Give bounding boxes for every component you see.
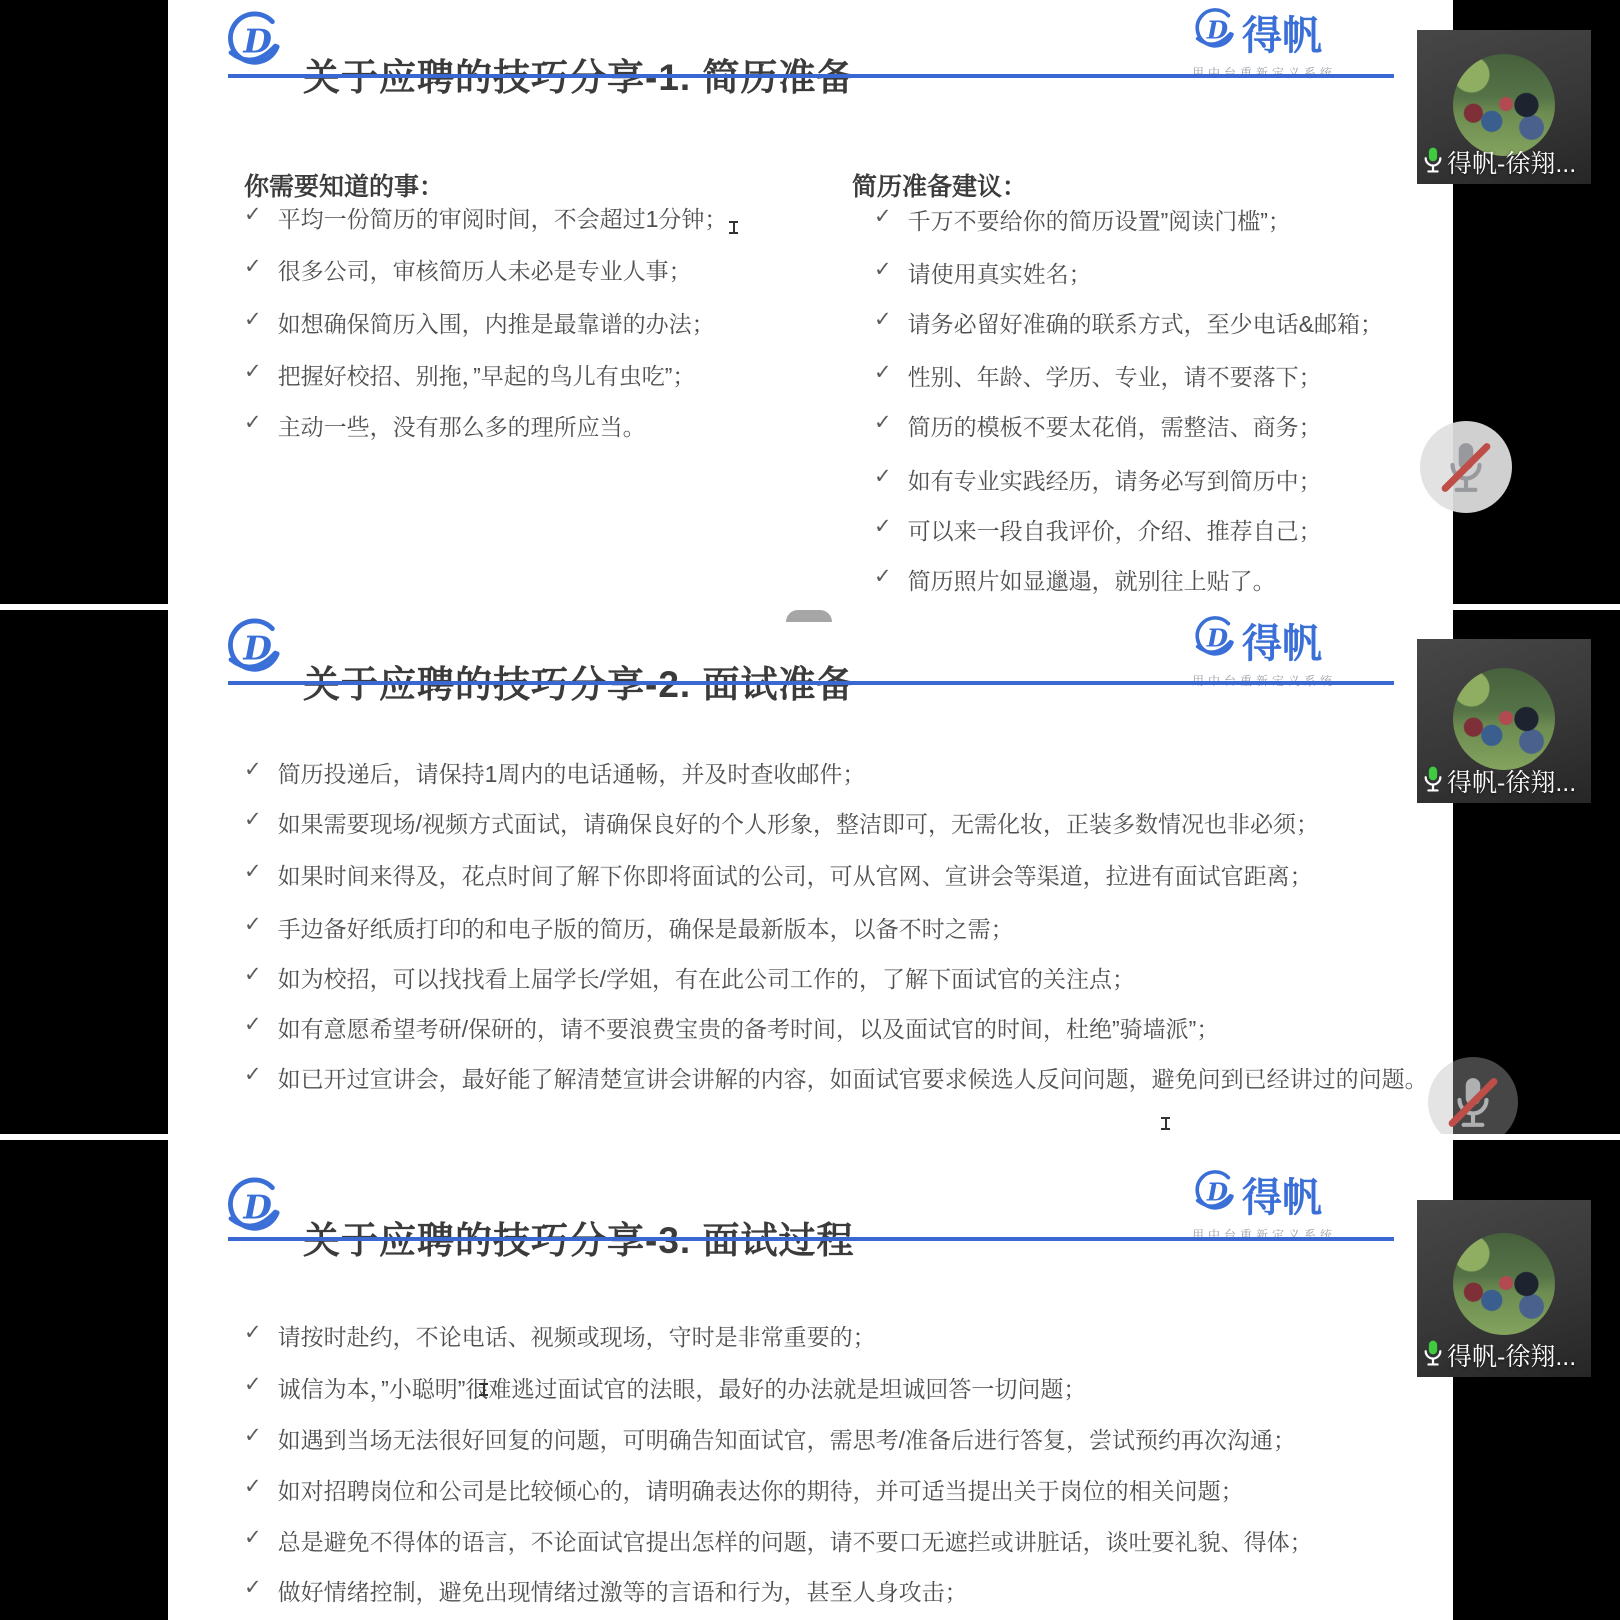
participant-label: 得帆-徐翔... <box>1422 144 1576 180</box>
check-icon: ✓ <box>244 961 262 987</box>
check-icon: ✓ <box>874 409 892 435</box>
letterbox-left <box>0 1140 168 1620</box>
list-item: ✓总是避免不得体的语言，不论面试官提出怎样的问题，请不要口无遮拦或讲脏话，谈吐要… <box>244 1524 1313 1557</box>
list-item-text: 简历投递后，请保持1周内的电话通畅，并及时查收邮件； <box>278 756 866 789</box>
check-icon: ✓ <box>244 1422 262 1448</box>
list-item-text: 如果需要现场/视频方式面试，请确保良好的个人形象，整洁即可，无需化妆，正装多数情… <box>278 806 1319 839</box>
list-item: ✓把握好校招、别拖，”早起的鸟儿有虫吃”； <box>244 358 695 391</box>
check-icon: ✓ <box>244 806 262 832</box>
list-item: ✓手边备好纸质打印的和电子版的简历，确保是最新版本，以备不时之需； <box>244 911 1014 944</box>
brand-wordmark: 得帆 <box>1242 1166 1322 1223</box>
list-item: ✓主动一些，没有那么多的理所应当。 <box>244 409 646 442</box>
list-item-text: 如有意愿希望考研/保研的，请不要浪费宝贵的备考时间，以及面试官的时间，杜绝”骑墙… <box>278 1011 1220 1044</box>
list-item: ✓如对招聘岗位和公司是比较倾心的，请明确表达你的期待，并可适当提出关于岗位的相关… <box>244 1473 1244 1506</box>
check-icon: ✓ <box>874 306 892 332</box>
list-item: ✓如有意愿希望考研/保研的，请不要浪费宝贵的备考时间，以及面试官的时间，杜绝”骑… <box>244 1011 1219 1044</box>
letterbox-left <box>0 0 168 604</box>
list-item: ✓请按时赴约，不论电话、视频或现场，守时是非常重要的； <box>244 1319 876 1352</box>
check-icon: ✓ <box>244 1011 262 1037</box>
participant-video-thumbnail[interactable]: 得帆-徐翔... <box>1417 1200 1591 1377</box>
check-icon: ✓ <box>244 1473 262 1499</box>
column-header-right: 简历准备建议： <box>852 167 1027 203</box>
screenshot-canvas: D 关于应聘的技巧分享-1. 简历准备 D 得帆 用中台重新定义系统 你需要知道… <box>0 0 1620 1620</box>
participant-label: 得帆-徐翔... <box>1422 763 1576 799</box>
list-item: ✓如果时间来得及，花点时间了解下你即将面试的公司，可从官网、宣讲会等渠道，拉进有… <box>244 858 1313 891</box>
check-icon: ✓ <box>244 306 262 332</box>
check-icon: ✓ <box>244 858 262 884</box>
list-item: ✓简历投递后，请保持1周内的电话通畅，并及时查收邮件； <box>244 756 865 789</box>
letterbox-left <box>0 610 168 1134</box>
check-icon: ✓ <box>244 409 262 435</box>
list-item: ✓请使用真实姓名； <box>874 256 1092 289</box>
check-icon: ✓ <box>874 513 892 539</box>
list-item-text: 简历的模板不要太花俏，需整洁、商务； <box>908 409 1322 442</box>
participant-name: 得帆-徐翔... <box>1447 1337 1576 1373</box>
svg-text:D: D <box>242 1188 272 1227</box>
list-item: ✓做好情绪控制，避免出现情绪过激等的言语和行为，甚至人身攻击； <box>244 1574 968 1607</box>
list-item: ✓平均一份简历的审阅时间，不会超过1分钟； <box>244 201 727 234</box>
list-item-text: 如对招聘岗位和公司是比较倾心的，请明确表达你的期待，并可适当提出关于岗位的相关问… <box>278 1473 1244 1506</box>
defan-swirl-d-logo-icon: D <box>1192 7 1236 58</box>
screen-share-tile-2: D 关于应聘的技巧分享-2. 面试准备 D 得帆 用中台重新定义系统 ✓简历投递… <box>0 610 1620 1134</box>
check-icon: ✓ <box>244 1061 262 1087</box>
title-underline <box>228 1237 1394 1241</box>
check-icon: ✓ <box>874 359 892 385</box>
list-item-text: 很多公司，审核简历人未必是专业人事； <box>278 253 692 286</box>
svg-text:D: D <box>1206 1178 1228 1207</box>
list-item-text: 请按时赴约，不论电话、视频或现场，守时是非常重要的； <box>278 1319 876 1352</box>
check-icon: ✓ <box>244 911 262 937</box>
check-icon: ✓ <box>874 563 892 589</box>
participant-video-thumbnail[interactable]: 得帆-徐翔... <box>1417 639 1591 803</box>
participant-name: 得帆-徐翔... <box>1447 144 1576 180</box>
text-cursor <box>728 221 739 234</box>
slide-control-knob <box>786 610 832 622</box>
defan-swirl-d-logo-icon: D <box>224 617 282 684</box>
defan-swirl-d-logo-icon: D <box>1192 1169 1236 1220</box>
mic-on-icon <box>1422 146 1444 179</box>
list-item-text: 性别、年龄、学历、专业，请不要落下； <box>908 359 1322 392</box>
participant-avatar <box>1453 1233 1555 1335</box>
list-item: ✓可以来一段自我评价，介绍、推荐自己； <box>874 513 1322 546</box>
text-cursor <box>1160 1117 1171 1130</box>
brand-logo-block: D 得帆 用中台重新定义系统 <box>1192 612 1336 689</box>
list-item-text: 如想确保简历入围，内推是最靠谱的办法； <box>278 306 715 339</box>
brand-logo-block: D 得帆 用中台重新定义系统 <box>1192 1166 1336 1243</box>
list-item: ✓简历的模板不要太花俏，需整洁、商务； <box>874 409 1322 442</box>
brand-wordmark: 得帆 <box>1242 612 1322 669</box>
list-item-text: 诚信为本，”小聪明”很难逃过面试官的法眼，最好的办法就是坦诚回答一切问题； <box>278 1371 1087 1404</box>
participant-video-thumbnail[interactable]: 得帆-徐翔... <box>1417 30 1591 184</box>
list-item-text: 做好情绪控制，避免出现情绪过激等的言语和行为，甚至人身攻击； <box>278 1574 968 1607</box>
list-item: ✓很多公司，审核简历人未必是专业人事； <box>244 253 692 286</box>
list-item: ✓千万不要给你的简历设置”阅读门槛”； <box>874 203 1291 236</box>
list-item-text: 如遇到当场无法很好回复的问题，可明确告知面试官，需思考/准备后进行答复，尝试预约… <box>278 1422 1296 1455</box>
list-item-text: 请务必留好准确的联系方式，至少电话&邮箱； <box>908 306 1383 339</box>
defan-swirl-d-logo-icon: D <box>1192 615 1236 666</box>
check-icon: ✓ <box>244 756 262 782</box>
list-item-text: 主动一些，没有那么多的理所应当。 <box>278 409 646 442</box>
check-icon: ✓ <box>244 1319 262 1345</box>
svg-text:D: D <box>242 629 272 668</box>
list-item-text: 总是避免不得体的语言，不论面试官提出怎样的问题，请不要口无遮拦或讲脏话，谈吐要礼… <box>278 1524 1313 1557</box>
list-item: ✓如想确保简历入围，内推是最靠谱的办法； <box>244 306 715 339</box>
list-item-text: 如为校招，可以找找看上届学长/学姐，有在此公司工作的，了解下面试官的关注点； <box>278 961 1135 994</box>
check-icon: ✓ <box>244 1371 262 1397</box>
defan-swirl-d-logo-icon: D <box>224 10 282 77</box>
list-item-text: 把握好校招、别拖，”早起的鸟儿有虫吃”； <box>278 358 696 391</box>
list-item: ✓性别、年龄、学历、专业，请不要落下； <box>874 359 1322 392</box>
mic-on-icon <box>1422 1339 1444 1372</box>
list-item-text: 如果时间来得及，花点时间了解下你即将面试的公司，可从官网、宣讲会等渠道，拉进有面… <box>278 858 1313 891</box>
list-item: ✓如果需要现场/视频方式面试，请确保良好的个人形象，整洁即可，无需化妆，正装多数… <box>244 806 1319 839</box>
mic-on-icon <box>1422 765 1444 798</box>
title-underline <box>228 74 1394 78</box>
brand-wordmark: 得帆 <box>1242 4 1322 61</box>
check-icon: ✓ <box>874 256 892 282</box>
list-item: ✓简历照片如显邋遢，就别往上贴了。 <box>874 563 1276 596</box>
svg-text:D: D <box>1206 16 1228 45</box>
brand-tagline: 用中台重新定义系统 <box>1192 64 1336 81</box>
title-underline <box>228 681 1394 685</box>
list-item: ✓如已开过宣讲会，最好能了解清楚宣讲会讲解的内容，如面试官要求候选人反问问题，避… <box>244 1061 1428 1094</box>
list-item-text: 简历照片如显邋遢，就别往上贴了。 <box>908 563 1276 596</box>
participant-avatar <box>1453 54 1555 156</box>
defan-swirl-d-logo-icon: D <box>224 1176 282 1243</box>
list-item: ✓诚信为本，”小聪明”很难逃过面试官的法眼，最好的办法就是坦诚回答一切问题； <box>244 1371 1086 1404</box>
list-item: ✓如遇到当场无法很好回复的问题，可明确告知面试官，需思考/准备后进行答复，尝试预… <box>244 1422 1296 1455</box>
list-item: ✓请务必留好准确的联系方式，至少电话&邮箱； <box>874 306 1383 339</box>
list-item-text: 手边备好纸质打印的和电子版的简历，确保是最新版本，以备不时之需； <box>278 911 1014 944</box>
svg-text:D: D <box>1206 624 1228 653</box>
list-item-text: 如有专业实践经历，请务必写到简历中； <box>908 463 1322 496</box>
screen-share-tile-3: D 关于应聘的技巧分享-3. 面试过程 D 得帆 用中台重新定义系统 ✓请按时赴… <box>0 1140 1620 1620</box>
participant-avatar <box>1453 668 1555 770</box>
text-cursor <box>478 1383 489 1396</box>
list-item-text: 千万不要给你的简历设置”阅读门槛”； <box>908 203 1291 236</box>
check-icon: ✓ <box>244 358 262 384</box>
participant-label: 得帆-徐翔... <box>1422 1337 1576 1373</box>
check-icon: ✓ <box>874 203 892 229</box>
list-item-text: 可以来一段自我评价，介绍、推荐自己； <box>908 513 1322 546</box>
check-icon: ✓ <box>244 201 262 227</box>
list-item-text: 平均一份简历的审阅时间，不会超过1分钟； <box>278 201 728 234</box>
svg-text:D: D <box>242 22 272 61</box>
brand-logo-block: D 得帆 用中台重新定义系统 <box>1192 4 1336 81</box>
list-item: ✓如有专业实践经历，请务必写到简历中； <box>874 463 1322 496</box>
check-icon: ✓ <box>244 253 262 279</box>
microphone-muted-button[interactable] <box>1420 421 1512 513</box>
list-item-text: 请使用真实姓名； <box>908 256 1092 289</box>
column-header-left: 你需要知道的事： <box>244 167 444 203</box>
list-item-text: 如已开过宣讲会，最好能了解清楚宣讲会讲解的内容，如面试官要求候选人反问问题，避免… <box>278 1061 1428 1094</box>
check-icon: ✓ <box>244 1574 262 1600</box>
list-item: ✓如为校招，可以找找看上届学长/学姐，有在此公司工作的，了解下面试官的关注点； <box>244 961 1135 994</box>
check-icon: ✓ <box>244 1524 262 1550</box>
participant-name: 得帆-徐翔... <box>1447 763 1576 799</box>
screen-share-tile-1: D 关于应聘的技巧分享-1. 简历准备 D 得帆 用中台重新定义系统 你需要知道… <box>0 0 1620 604</box>
check-icon: ✓ <box>874 463 892 489</box>
